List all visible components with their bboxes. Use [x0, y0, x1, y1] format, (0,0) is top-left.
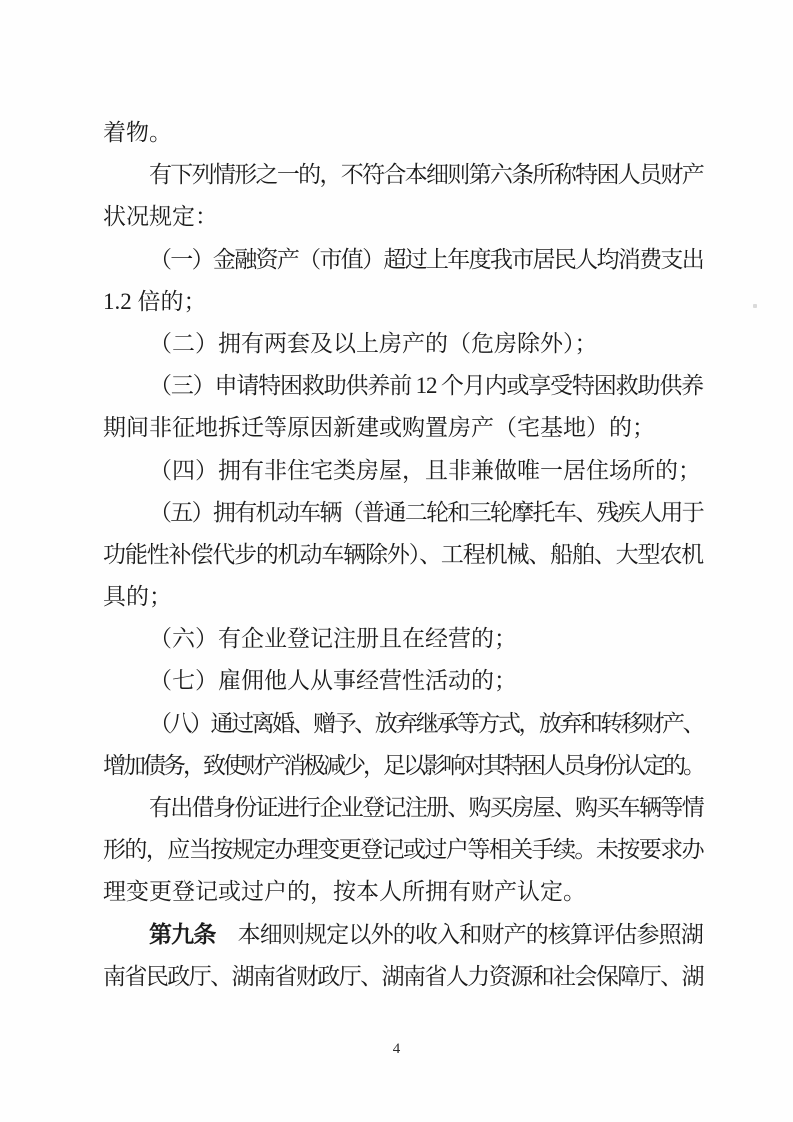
text-run: 着物。 — [103, 120, 172, 145]
document-body: 着物。有下列情形之一的，不符合本细则第六条所称特困人员财产状况规定：（一）金融资… — [103, 112, 703, 998]
text-line: 有下列情形之一的，不符合本细则第六条所称特困人员财产 — [103, 154, 703, 196]
text-line: 有出借身份证进行企业登记注册、购买房屋、购买车辆等情 — [103, 787, 703, 829]
text-line: 期间非征地拆迁等原因新建或购置房产（宅基地）的； — [103, 407, 703, 449]
text-run: 形的，应当按规定办理变更登记或过户等相关手续。未按要求办 — [103, 837, 703, 862]
text-run: （二）拥有两套及以上房产的（危房除外）； — [149, 331, 598, 356]
text-run: 1.2 倍的； — [103, 289, 207, 314]
text-run: （七）雇佣他人从事经营性活动的； — [149, 668, 517, 693]
text-line: 增加债务，致使财产消极减少，足以影响对其特困人员身份认定的。 — [103, 745, 703, 787]
text-line: 理变更登记或过户的，按本人所拥有财产认定。 — [103, 871, 703, 913]
text-run: （六）有企业登记注册且在经营的； — [149, 626, 517, 651]
text-run: 具的； — [103, 584, 172, 609]
text-run: 功能性补偿代步的机动车辆除外）、工程机械、船舶、大型农机 — [103, 542, 703, 567]
text-line: 第九条 本细则规定以外的收入和财产的核算评估参照湖 — [103, 914, 703, 956]
text-line: （二）拥有两套及以上房产的（危房除外）； — [103, 323, 703, 365]
text-run: 期间非征地拆迁等原因新建或购置房产（宅基地）的； — [103, 415, 655, 440]
text-line: 1.2 倍的； — [103, 281, 703, 323]
text-run: 增加债务，致使财产消极减少，足以影响对其特困人员身份认定的。 — [103, 753, 703, 778]
text-line: （五）拥有机动车辆（普通二轮和三轮摩托车、残疾人用于 — [103, 492, 703, 534]
text-run: （四）拥有非住宅类房屋，且非兼做唯一居住场所的； — [149, 458, 701, 483]
text-run: 状况规定： — [103, 204, 218, 229]
text-run: 有下列情形之一的，不符合本细则第六条所称特困人员财产 — [149, 162, 703, 187]
text-line: 南省民政厅、湖南省财政厅、湖南省人力资源和社会保障厅、湖 — [103, 956, 703, 998]
text-line: 功能性补偿代步的机动车辆除外）、工程机械、船舶、大型农机 — [103, 534, 703, 576]
text-run: 理变更登记或过户的，按本人所拥有财产认定。 — [103, 879, 586, 904]
text-run: 有出借身份证进行企业登记注册、购买房屋、购买车辆等情 — [149, 795, 703, 820]
page-number: 4 — [0, 1041, 793, 1057]
text-run: （五）拥有机动车辆（普通二轮和三轮摩托车、残疾人用于 — [149, 500, 703, 525]
text-run: （八）通过离婚、赠予、放弃继承等方式，放弃和转移财产、 — [149, 711, 703, 736]
text-line: （八）通过离婚、赠予、放弃继承等方式，放弃和转移财产、 — [103, 703, 703, 745]
scan-artifact-dot — [753, 304, 757, 308]
text-line: （三）申请特困救助供养前 12 个月内或享受特困救助供养 — [103, 365, 703, 407]
text-line: 状况规定： — [103, 196, 703, 238]
text-line: （一）金融资产（市值）超过上年度我市居民人均消费支出 — [103, 239, 703, 281]
text-line: 具的； — [103, 576, 703, 618]
text-line: （四）拥有非住宅类房屋，且非兼做唯一居住场所的； — [103, 450, 703, 492]
document-page: 着物。有下列情形之一的，不符合本细则第六条所称特困人员财产状况规定：（一）金融资… — [0, 0, 793, 1122]
text-run: 本细则规定以外的收入和财产的核算评估参照湖 — [215, 922, 703, 947]
text-line: （七）雇佣他人从事经营性活动的； — [103, 660, 703, 702]
article-number-bold: 第九条 — [149, 922, 215, 947]
text-run: （三）申请特困救助供养前 12 个月内或享受特困救助供养 — [149, 373, 703, 398]
text-line: 着物。 — [103, 112, 703, 154]
text-line: （六）有企业登记注册且在经营的； — [103, 618, 703, 660]
text-run: 南省民政厅、湖南省财政厅、湖南省人力资源和社会保障厅、湖 — [103, 964, 703, 989]
text-run: （一）金融资产（市值）超过上年度我市居民人均消费支出 — [149, 247, 703, 272]
text-line: 形的，应当按规定办理变更登记或过户等相关手续。未按要求办 — [103, 829, 703, 871]
